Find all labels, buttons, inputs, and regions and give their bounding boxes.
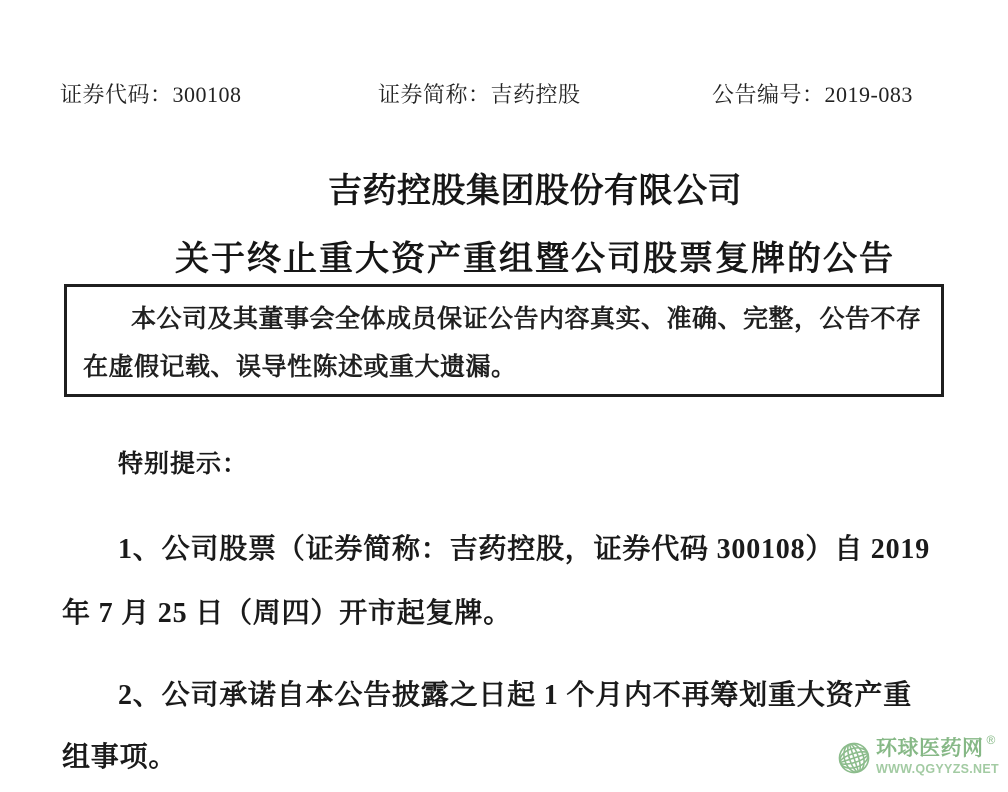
company-name-title: 吉药控股集团股份有限公司 xyxy=(0,163,1008,212)
disclaimer-box: 本公司及其董事会全体成员保证公告内容真实、准确、完整，公告不存 在虚假记载、误导… xyxy=(64,284,944,397)
special-note-heading: 特别提示： xyxy=(118,444,248,480)
announcement-subtitle: 关于终止重大资产重组暨公司股票复牌的公告 xyxy=(0,231,1008,280)
stock-code-label: 证券代码：300108 xyxy=(60,78,242,109)
announcement-document: 证券代码：300108 证券简称：吉药控股 公告编号：2019-083 吉药控股… xyxy=(0,0,1008,792)
registered-trademark-icon: ® xyxy=(987,734,996,746)
paragraph-2-line-2: 组事项。 xyxy=(62,735,177,775)
paragraph-1-line-2: 年 7 月 25 日（周四）开市起复牌。 xyxy=(62,591,512,631)
disclaimer-line: 本公司及其董事会全体成员保证公告内容真实、准确、完整，公告不存 xyxy=(83,304,925,334)
paragraph-1-line-1: 1、公司股票（证券简称：吉药控股，证券代码 300108）自 2019 xyxy=(118,527,930,567)
announcement-number-label: 公告编号：2019-083 xyxy=(712,78,913,109)
watermark-brand: 环球医药网 xyxy=(876,738,984,759)
stock-name-label: 证券简称：吉药控股 xyxy=(378,78,581,109)
watermark: 环球医药网 ® WWW.QGYYZS.NET xyxy=(836,738,999,776)
watermark-url: WWW.QGYYZS.NET xyxy=(876,762,999,776)
paragraph-2-line-1: 2、公司承诺自本公告披露之日起 1 个月内不再筹划重大资产重 xyxy=(118,673,912,713)
globe-icon xyxy=(836,740,872,776)
disclaimer-line: 在虚假记载、误导性陈述或重大遗漏。 xyxy=(83,352,925,382)
